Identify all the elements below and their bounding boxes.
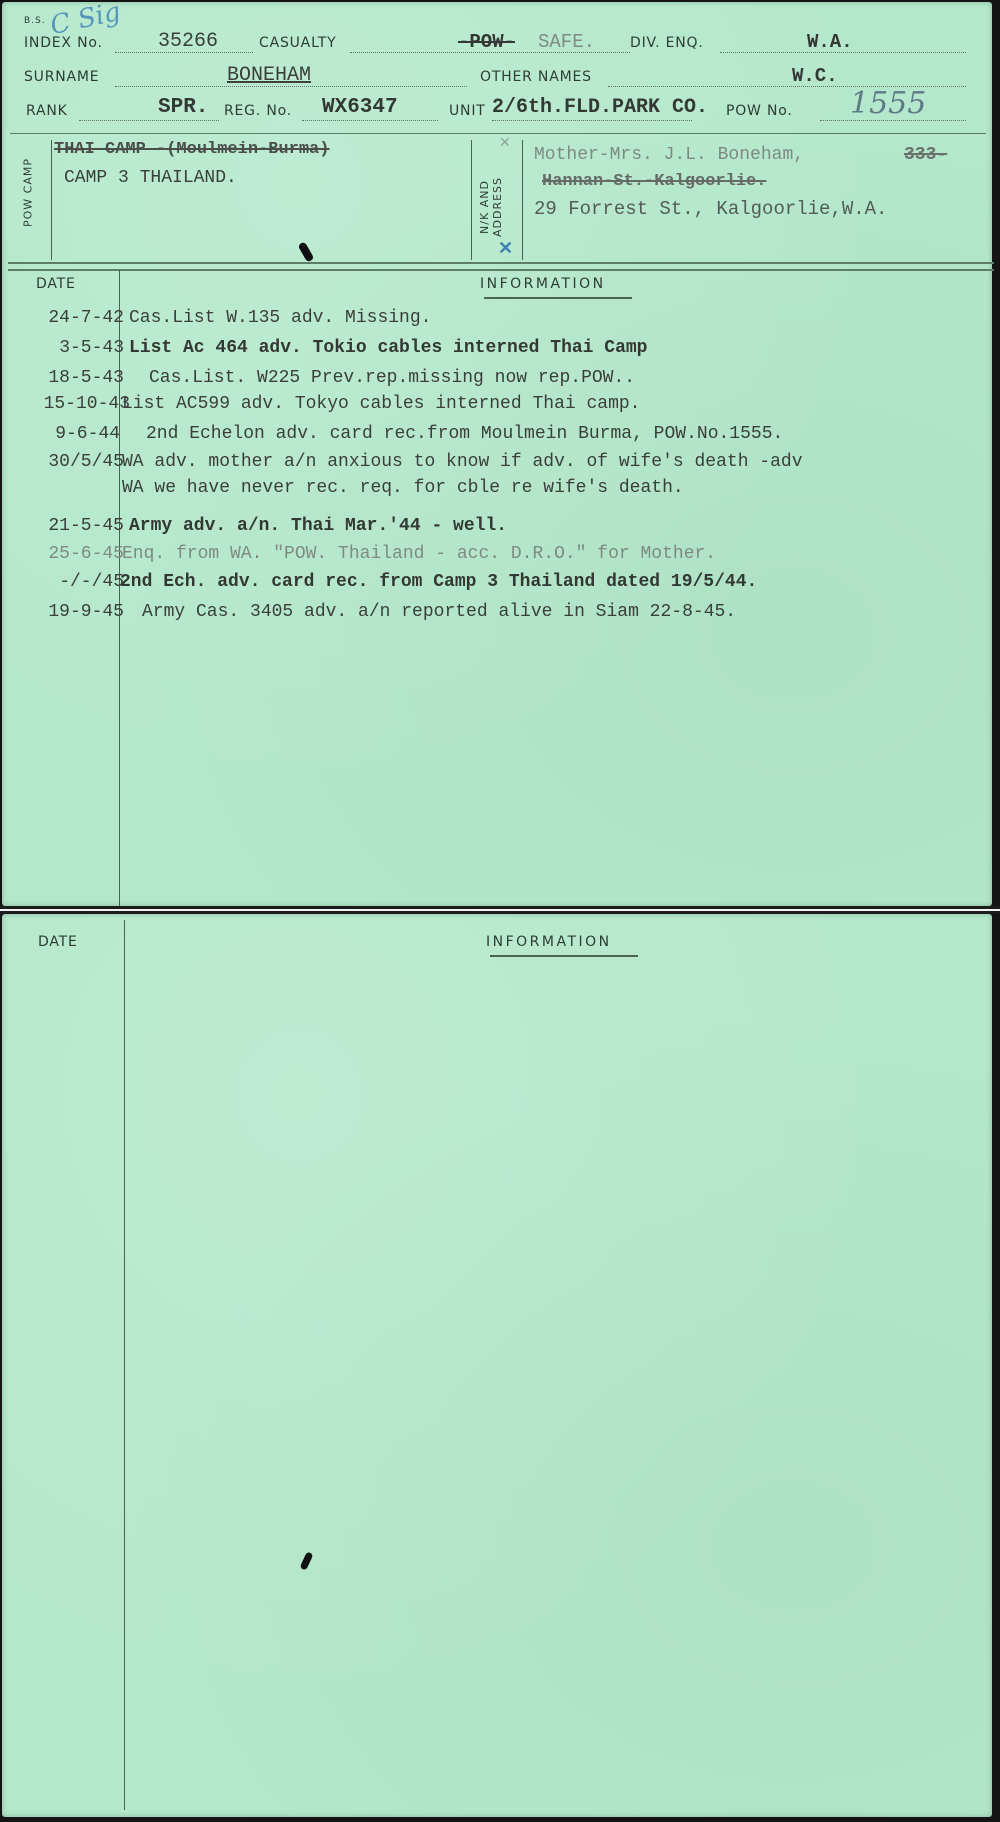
row-information: Army Cas. 3405 adv. a/n reported alive i…	[142, 602, 736, 622]
table-row: 24-7-42Cas.List W.135 adv. Missing.	[2, 308, 1000, 332]
div-enq-label: DIV. ENQ.	[630, 35, 704, 51]
blue-cross-mark-icon: ✕	[498, 238, 513, 259]
row-date: 25-6-45	[48, 544, 124, 564]
row-information: 2nd Ech. adv. card rec. from Camp 3 Thai…	[120, 572, 757, 592]
unit-label: UNIT	[449, 103, 486, 119]
table-row: -/-/452nd Ech. adv. card rec. from Camp …	[2, 572, 1000, 596]
casualty-struck-value: -POW-	[458, 31, 515, 53]
row-information: WA adv. mother a/n anxious to know if ad…	[122, 452, 803, 472]
row-date: 3-5-43	[59, 338, 124, 358]
pow-no-value: 1555	[850, 86, 926, 121]
pow-camp-line: CAMP 3 THAILAND.	[64, 168, 237, 188]
row-information: WA we have never rec. req. for cble re w…	[122, 478, 684, 498]
row-date: -/-/45	[59, 572, 124, 592]
row-date: 30/5/45	[48, 452, 124, 472]
table-row: 25-6-45Enq. from WA. "POW. Thailand - ac…	[2, 544, 1000, 568]
div-enq-value: W.A.	[807, 31, 853, 53]
index-no-value: 35266	[158, 30, 218, 53]
information-column-header: INFORMATION	[480, 276, 606, 292]
nok-line-1: Mother-Mrs. J.L. Boneham,	[534, 145, 804, 165]
table-row: 3-5-43List Ac 464 adv. Tokio cables inte…	[2, 338, 1000, 362]
row-date: 9-6-44	[55, 424, 120, 444]
casualty-value: SAFE.	[538, 31, 595, 53]
other-names-label: OTHER NAMES	[480, 69, 592, 85]
table-row: 18-5-43Cas.List. W225 Prev.rep.missing n…	[2, 368, 1000, 392]
date-column-header: DATE	[36, 276, 76, 292]
row-date: 15-10-43	[44, 394, 130, 414]
form-code: B.S.	[24, 16, 46, 26]
cross-mark-icon: ✕	[499, 134, 511, 151]
reg-no-label: REG. No.	[224, 103, 292, 119]
pow-index-card-front: B.S. C Sig INDEX No. 35266 CASUALTY -POW…	[2, 2, 992, 906]
row-date: 19-9-45	[48, 602, 124, 622]
pow-no-label: POW No.	[726, 103, 793, 119]
row-date: 18-5-43	[48, 368, 124, 388]
surname-label: SURNAME	[24, 69, 99, 85]
card-separator	[0, 906, 1000, 914]
row-date: 21-5-45	[48, 516, 124, 536]
row-information: List AC599 adv. Tokyo cables interned Th…	[122, 394, 640, 414]
row-information: 2nd Echelon adv. card rec.from Moulmein …	[146, 424, 783, 444]
reg-no-value: WX6347	[322, 96, 398, 119]
nok-line-3: 29 Forrest St., Kalgoorlie,W.A.	[534, 198, 887, 220]
nok-line-1-struck: 333-	[904, 145, 947, 165]
pow-index-card-back: DATE INFORMATION	[2, 914, 992, 1817]
row-information: Enq. from WA. "POW. Thailand - acc. D.R.…	[122, 544, 716, 564]
surname-value: BONEHAM	[227, 64, 311, 87]
back-information-column-header: INFORMATION	[486, 934, 612, 950]
rank-label: RANK	[26, 103, 68, 119]
index-no-label: INDEX No.	[24, 35, 103, 51]
row-information: Cas.List W.135 adv. Missing.	[129, 308, 431, 328]
row-date: 24-7-42	[48, 308, 124, 328]
table-row: 9-6-442nd Echelon adv. card rec.from Mou…	[2, 424, 1000, 448]
rank-value: SPR.	[158, 96, 208, 119]
row-information: List Ac 464 adv. Tokio cables interned T…	[129, 338, 647, 358]
table-row: 21-5-45Army adv. a/n. Thai Mar.'44 - wel…	[2, 516, 1000, 540]
nok-struck-line: Hannan-St.-Kalgoorlie.	[542, 172, 766, 191]
table-row: 30/5/45WA adv. mother a/n anxious to kno…	[2, 452, 1000, 476]
row-information: Cas.List. W225 Prev.rep.missing now rep.…	[149, 368, 635, 388]
punch-hole-mark	[300, 1551, 314, 1570]
table-row: 15-10-43List AC599 adv. Tokyo cables int…	[2, 394, 1000, 418]
pow-camp-struck-line: THAI CAMP -(Moulmein-Burma)	[54, 140, 329, 159]
pow-camp-label: POW CAMP	[22, 153, 35, 233]
table-row: WA we have never rec. req. for cble re w…	[2, 478, 1000, 502]
unit-value: 2/6th.FLD.PARK CO.	[492, 96, 708, 119]
back-date-column-header: DATE	[38, 934, 78, 950]
table-row: 19-9-45Army Cas. 3405 adv. a/n reported …	[2, 602, 1000, 626]
row-information: Army adv. a/n. Thai Mar.'44 - well.	[129, 516, 507, 536]
casualty-label: CASUALTY	[259, 35, 336, 51]
other-names-value: W.C.	[792, 65, 838, 87]
punch-hole-mark	[298, 241, 315, 262]
